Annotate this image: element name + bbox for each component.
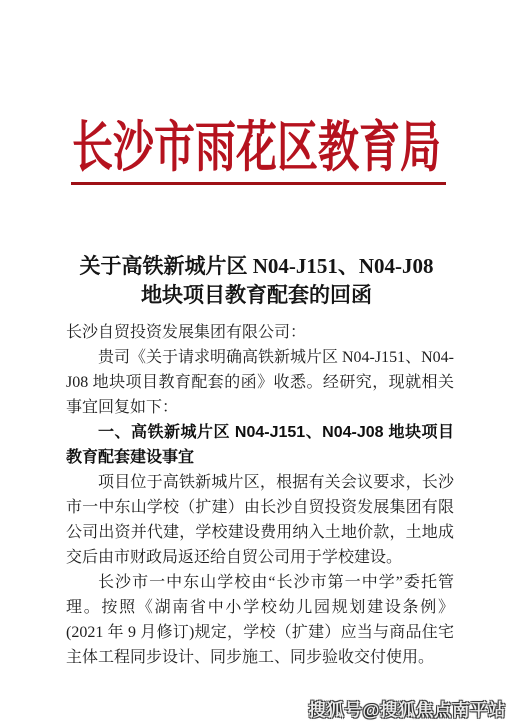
letterhead-divider: [71, 182, 446, 185]
letter-body: 长沙自贸投资发展集团有限公司： 贵司《关于请求明确高铁新城片区 N04-J151…: [66, 320, 454, 670]
watermark-sohu: 搜狐号@搜狐焦点南平站: [308, 697, 506, 722]
salutation: 长沙自贸投资发展集团有限公司：: [66, 320, 454, 345]
paragraph-school-management: 长沙市一中东山学校由“长沙市第一中学”委托管理。按照《湖南省中小学校幼儿园规划建…: [66, 570, 454, 670]
document-title-line2: 地块项目教育配套的回函: [0, 281, 513, 310]
letterhead: 长沙市雨花区教育局: [0, 103, 513, 162]
paragraph-acknowledgement: 贵司《关于请求明确高铁新城片区 N04-J151、N04-J08 地块项目教育配…: [66, 345, 454, 420]
document-title: 关于高铁新城片区 N04-J151、N04-J08 地块项目教育配套的回函: [0, 252, 513, 310]
agency-name: 长沙市雨花区教育局: [72, 103, 441, 182]
document-page: 长沙市雨花区教育局 关于高铁新城片区 N04-J151、N04-J08 地块项目…: [0, 0, 513, 726]
document-title-line1: 关于高铁新城片区 N04-J151、N04-J08: [0, 252, 513, 281]
paragraph-project-funding: 项目位于高铁新城片区，根据有关会议要求，长沙市一中东山学校（扩建）由长沙自贸投资…: [66, 470, 454, 570]
section-heading: 一、高铁新城片区 N04-J151、N04-J08 地块项目教育配套建设事宜: [66, 420, 454, 470]
